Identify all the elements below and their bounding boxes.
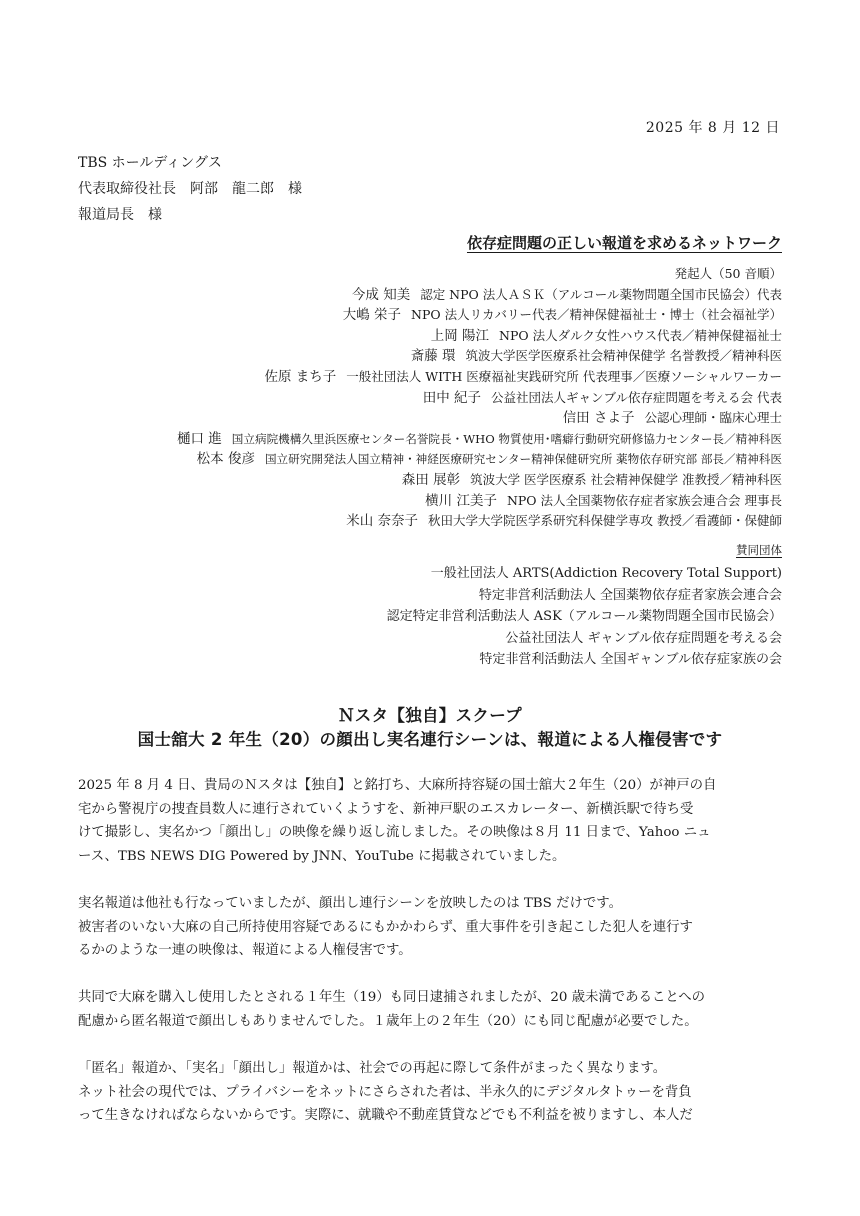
promoter-name: 上岡 陽江 — [431, 328, 489, 344]
promoter-row: 大嶋 栄子NPO 法人リカバリー代表／精神保健福祉士・博士（社会福祉学） — [22, 305, 782, 326]
promoter-row: 信田 さよ子公認心理師・臨床心理士 — [22, 408, 782, 429]
promoter-affiliation: 国立病院機構久里浜医療センター名誉院長・WHO 物質使用･嗜癖行動研究研修協力セ… — [232, 432, 782, 446]
promoter-affiliation: NPO 法人全国薬物依存症者家族会連合会 理事長 — [507, 493, 782, 508]
promoter-affiliation: 筑波大学 医学医療系 社会精神保健学 准教授／精神科医 — [470, 472, 782, 487]
promoter-row: 松本 俊彦国立研究開発法人国立精神・神経医療研究センター精神保健研究所 薬物依存… — [22, 449, 782, 470]
addressee-company: TBS ホールディングス — [78, 150, 302, 176]
body-line: けて撮影し、実名かつ「顔出し」の映像を繰り返し流しました。その映像は８月 11 … — [78, 821, 784, 845]
body-line: 「匿名」報道か、「実名」「顔出し」報道かは、社会での再起に際して条件がまったく異… — [78, 1057, 784, 1081]
headline-line-1: Ｎスタ【独自】スクープ — [0, 704, 860, 728]
supporter-org: 認定特定非営利活動法人 ASK（アルコール薬物問題全国市民協会） — [282, 606, 782, 627]
body-line: 配慮から匿名報道で顔出しもありませんでした。１歳年上の２年生（20）にも同じ配慮… — [78, 1010, 784, 1034]
promoter-name: 今成 知美 — [352, 287, 410, 303]
letter-body: 2025 年 8 月 4 日、貴局のＮスタは【独自】と銘打ち、大麻所持容疑の国士… — [78, 774, 784, 1152]
supporter-org: 特定非営利活動法人 全国薬物依存症者家族会連合会 — [282, 585, 782, 606]
letter-headline: Ｎスタ【独自】スクープ 国士舘大 2 年生（20）の顔出し実名連行シーンは、報道… — [0, 704, 860, 752]
promoter-name: 樋口 進 — [177, 431, 222, 447]
promoter-name: 佐原 まち子 — [265, 369, 337, 385]
promoter-name: 田中 紀子 — [423, 390, 481, 406]
addressee-news-director: 報道局長 様 — [78, 202, 302, 228]
supporter-org: 公益社団法人 ギャンブル依存症問題を考える会 — [282, 628, 782, 649]
promoter-affiliation: NPO 法人ダルク女性ハウス代表／精神保健福祉士 — [499, 328, 782, 343]
supporters-list: 賛同団体 一般社団法人 ARTS(Addiction Recovery Tota… — [282, 540, 782, 670]
supporter-org: 特定非営利活動法人 全国ギャンブル依存症家族の会 — [282, 649, 782, 670]
promoter-row: 米山 奈奈子秋田大学大学院医学系研究科保健学専攻 教授／看護師・保健師 — [22, 511, 782, 532]
letter-page: 2025 年 8 月 12 日 TBS ホールディングス 代表取締役社長 阿部 … — [0, 0, 860, 1216]
supporters-heading: 賛同団体 — [282, 540, 782, 561]
body-line: 実名報道は他社も行なっていましたが、顔出し連行シーンを放映したのは TBS だけ… — [78, 892, 784, 916]
promoter-affiliation: 公認心理師・臨床心理士 — [644, 410, 782, 425]
promoter-row: 上岡 陽江NPO 法人ダルク女性ハウス代表／精神保健福祉士 — [22, 326, 782, 347]
body-paragraph-3: 共同で大麻を購入し使用したとされる１年生（19）も同日逮捕されましたが、20 歳… — [78, 986, 784, 1033]
promoter-affiliation: 国立研究開発法人国立精神・神経医療研究センター精神保健研究所 薬物依存研究部 部… — [265, 452, 782, 466]
promoter-name: 大嶋 栄子 — [343, 307, 401, 323]
body-paragraph-2: 実名報道は他社も行なっていましたが、顔出し連行シーンを放映したのは TBS だけ… — [78, 892, 784, 963]
promoter-name: 信田 さよ子 — [563, 410, 635, 426]
promoter-affiliation: 公益社団法人ギャンブル依存症問題を考える会 代表 — [491, 390, 782, 405]
promoters-heading: 発起人（50 音順） — [22, 264, 782, 285]
promoter-name: 米山 奈奈子 — [346, 513, 418, 529]
promoter-row: 佐原 まち子一般社団法人 WITH 医療福祉実践研究所 代表理事／医療ソーシャル… — [22, 367, 782, 388]
body-paragraph-4: 「匿名」報道か、「実名」「顔出し」報道かは、社会での再起に際して条件がまったく異… — [78, 1057, 784, 1128]
body-line: 共同で大麻を購入し使用したとされる１年生（19）も同日逮捕されましたが、20 歳… — [78, 986, 784, 1010]
addressee-president: 代表取締役社長 阿部 龍二郎 様 — [78, 176, 302, 202]
promoter-name: 斎藤 環 — [411, 348, 456, 364]
promoter-row: 森田 展彰筑波大学 医学医療系 社会精神保健学 准教授／精神科医 — [22, 470, 782, 491]
promoter-row: 樋口 進国立病院機構久里浜医療センター名誉院長・WHO 物質使用･嗜癖行動研究研… — [22, 429, 782, 450]
promoter-row: 横川 江美子NPO 法人全国薬物依存症者家族会連合会 理事長 — [22, 491, 782, 512]
promoter-affiliation: NPO 法人リカバリー代表／精神保健福祉士・博士（社会福祉学） — [411, 307, 782, 322]
body-line: 2025 年 8 月 4 日、貴局のＮスタは【独自】と銘打ち、大麻所持容疑の国士… — [78, 774, 784, 798]
promoter-affiliation: 秋田大学大学院医学系研究科保健学専攻 教授／看護師・保健師 — [428, 513, 782, 528]
promoter-name: 横川 江美子 — [425, 493, 497, 509]
promoter-affiliation: 筑波大学医学医療系社会精神保健学 名誉教授／精神科医 — [466, 348, 782, 363]
body-line: ース、TBS NEWS DIG Powered by JNN、YouTube に… — [78, 845, 784, 869]
body-line: るかのような一連の映像は、報道による人権侵害です。 — [78, 939, 784, 963]
body-line: って生きなければならないからです。実際に、就職や不動産賃貸などでも不利益を被りま… — [78, 1104, 784, 1128]
promoter-affiliation: 一般社団法人 WITH 医療福祉実践研究所 代表理事／医療ソーシャルワーカー — [346, 369, 782, 384]
promoter-row: 田中 紀子公益社団法人ギャンブル依存症問題を考える会 代表 — [22, 388, 782, 409]
promoters-list: 発起人（50 音順） 今成 知美認定 NPO 法人ＡＳＫ（アルコール薬物問題全国… — [22, 264, 782, 532]
promoter-affiliation: 認定 NPO 法人ＡＳＫ（アルコール薬物問題全国市民協会）代表 — [420, 287, 782, 302]
letter-date: 2025 年 8 月 12 日 — [646, 117, 780, 137]
addressee-block: TBS ホールディングス 代表取締役社長 阿部 龍二郎 様 報道局長 様 — [78, 150, 302, 228]
promoter-row: 斎藤 環筑波大学医学医療系社会精神保健学 名誉教授／精神科医 — [22, 346, 782, 367]
promoter-name: 森田 展彰 — [402, 472, 460, 488]
body-line: 宅から警視庁の捜査員数人に連行されていくようすを、新神戸駅のエスカレーター、新横… — [78, 798, 784, 822]
sender-organization: 依存症問題の正しい報道を求めるネットワーク — [467, 232, 782, 253]
promoter-row: 今成 知美認定 NPO 法人ＡＳＫ（アルコール薬物問題全国市民協会）代表 — [22, 285, 782, 306]
supporter-org: 一般社団法人 ARTS(Addiction Recovery Total Sup… — [282, 563, 782, 584]
promoter-name: 松本 俊彦 — [197, 451, 255, 467]
body-line: 被害者のいない大麻の自己所持使用容疑であるにもかかわらず、重大事件を引き起こした… — [78, 916, 784, 940]
body-line: ネット社会の現代では、プライバシーをネットにさらされた者は、半永久的にデジタルタ… — [78, 1081, 784, 1105]
body-paragraph-1: 2025 年 8 月 4 日、貴局のＮスタは【独自】と銘打ち、大麻所持容疑の国士… — [78, 774, 784, 868]
headline-line-2: 国士舘大 2 年生（20）の顔出し実名連行シーンは、報道による人権侵害です — [0, 728, 860, 752]
